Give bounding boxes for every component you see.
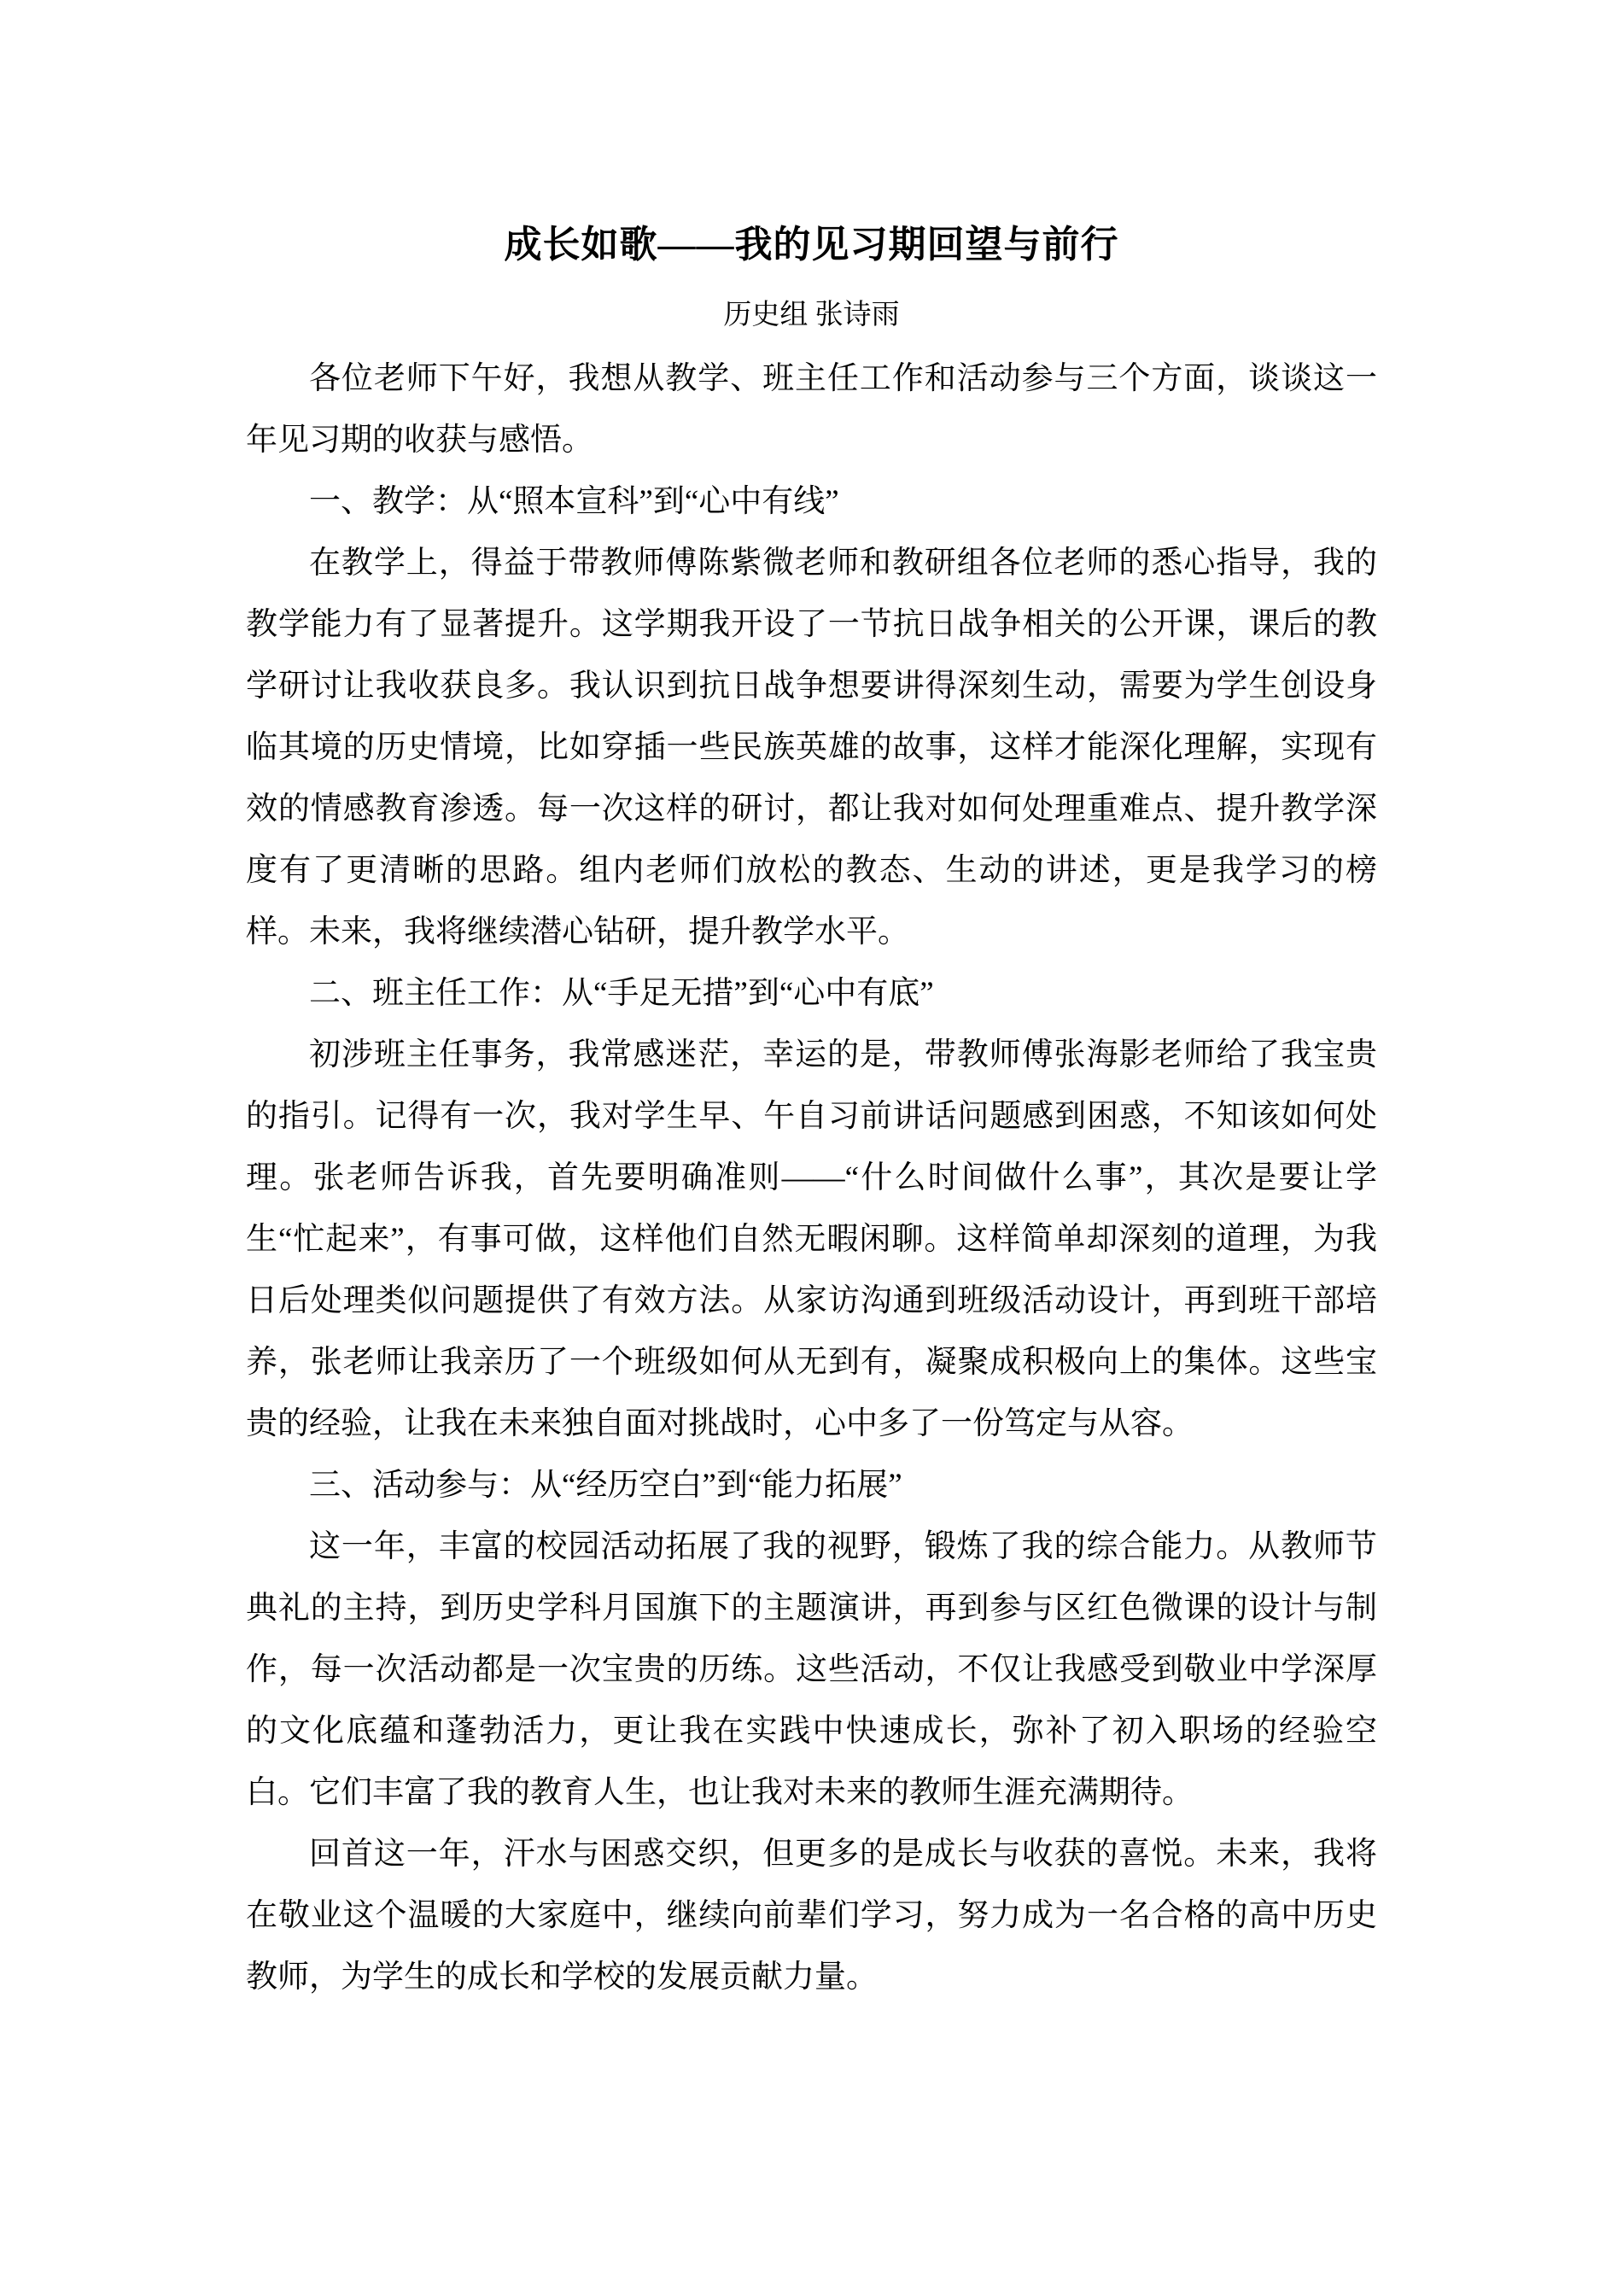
closing-paragraph: 回首这一年，汗水与困惑交织，但更多的是成长与收获的喜悦。未来，我将在敬业这个温暖… [246,1824,1377,2008]
activities-paragraph: 这一年，丰富的校园活动拓展了我的视野，锻炼了我的综合能力。从教师节典礼的主持，到… [246,1516,1377,1824]
section-heading-teaching: 一、教学：从“照本宣科”到“心中有线” [246,471,1377,533]
document-byline: 历史组 张诗雨 [246,282,1377,348]
document-page: 成长如歌——我的见习期回望与前行 历史组 张诗雨 各位老师下午好，我想从教学、班… [0,0,1623,2296]
section-heading-activities: 三、活动参与：从“经历空白”到“能力拓展” [246,1455,1377,1516]
document-title: 成长如歌——我的见习期回望与前行 [246,208,1377,282]
section-heading-homeroom: 二、班主任工作：从“手足无措”到“心中有底” [246,963,1377,1025]
teaching-paragraph: 在教学上，得益于带教师傅陈紫微老师和教研组各位老师的悉心指导，我的教学能力有了显… [246,533,1377,963]
intro-paragraph: 各位老师下午好，我想从教学、班主任工作和活动参与三个方面，谈谈这一年见习期的收获… [246,348,1377,471]
document-body: 各位老师下午好，我想从教学、班主任工作和活动参与三个方面，谈谈这一年见习期的收获… [246,348,1377,2008]
homeroom-paragraph: 初涉班主任事务，我常感迷茫，幸运的是，带教师傅张海影老师给了我宝贵的指引。记得有… [246,1025,1377,1455]
